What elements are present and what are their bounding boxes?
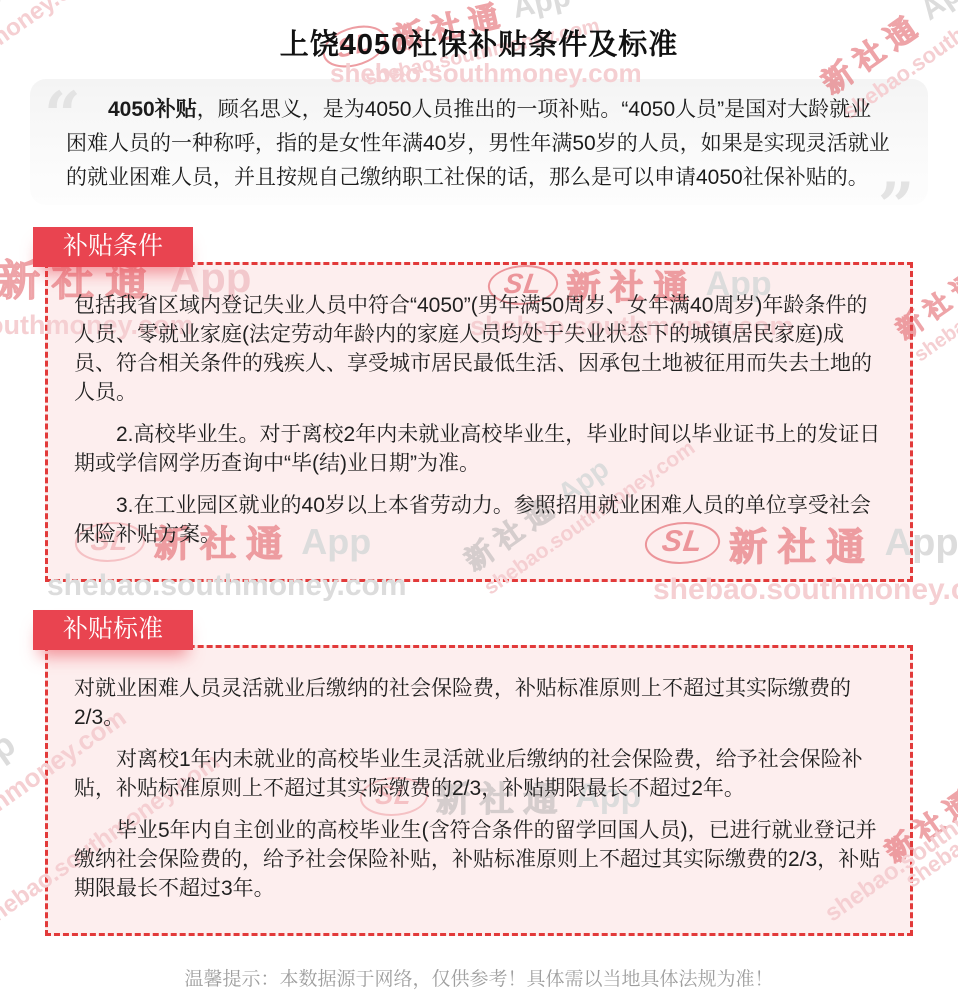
section-1-paragraph-2: 2.高校毕业生。对于离校2年内未就业高校毕业生，毕业时间以毕业证书上的发证日期或… xyxy=(74,420,884,478)
section-2-heading-row: 补贴标准 xyxy=(33,610,958,650)
page-title: 上饶4050社保补贴条件及标准 xyxy=(0,0,958,63)
intro-paragraph: 4050补贴，顾名思义，是为4050人员推出的一项补贴。“4050人员”是国对大… xyxy=(66,93,892,195)
section-1-box: 包括我省区域内登记失业人员中符合“4050”(男年满50周岁、女年满40周岁)年… xyxy=(45,262,913,582)
section-heading-badge: 补贴标准 xyxy=(33,610,193,650)
section-2-box: 对就业困难人员灵活就业后缴纳的社会保险费，补贴标准原则上不超过其实际缴费的2/3… xyxy=(45,645,913,936)
watermark-app: App xyxy=(0,725,23,795)
intro-card: “ 4050补贴，顾名思义，是为4050人员推出的一项补贴。“4050人员”是国… xyxy=(30,79,928,205)
section-1-heading-row: 补贴条件 xyxy=(33,227,958,267)
section-1-paragraph-1: 包括我省区域内登记失业人员中符合“4050”(男年满50周岁、女年满40周岁)年… xyxy=(74,291,884,407)
disclaimer-text: 温馨提示：本数据源于网络，仅供参考！具体需以当地具体法规为准！ xyxy=(0,964,958,991)
section-2-paragraph-1: 对就业困难人员灵活就业后缴纳的社会保险费，补贴标准原则上不超过其实际缴费的2/3… xyxy=(74,674,884,732)
section-2-paragraph-2: 对离校1年内未就业的高校毕业生灵活就业后缴纳的社会保险费，给予社会保险补贴，补贴… xyxy=(74,745,884,803)
section-2-paragraph-3: 毕业5年内自主创业的高校毕业生(含符合条件的留学回国人员)，已进行就业登记并缴纳… xyxy=(74,816,884,903)
section-heading-badge: 补贴条件 xyxy=(33,227,193,267)
section-1-paragraph-3: 3.在工业园区就业的40岁以上本省劳动力。参照招用就业困难人员的单位享受社会保险… xyxy=(74,491,884,549)
quote-close-icon: “ xyxy=(877,145,914,203)
intro-lead: 4050补贴 xyxy=(108,98,197,121)
